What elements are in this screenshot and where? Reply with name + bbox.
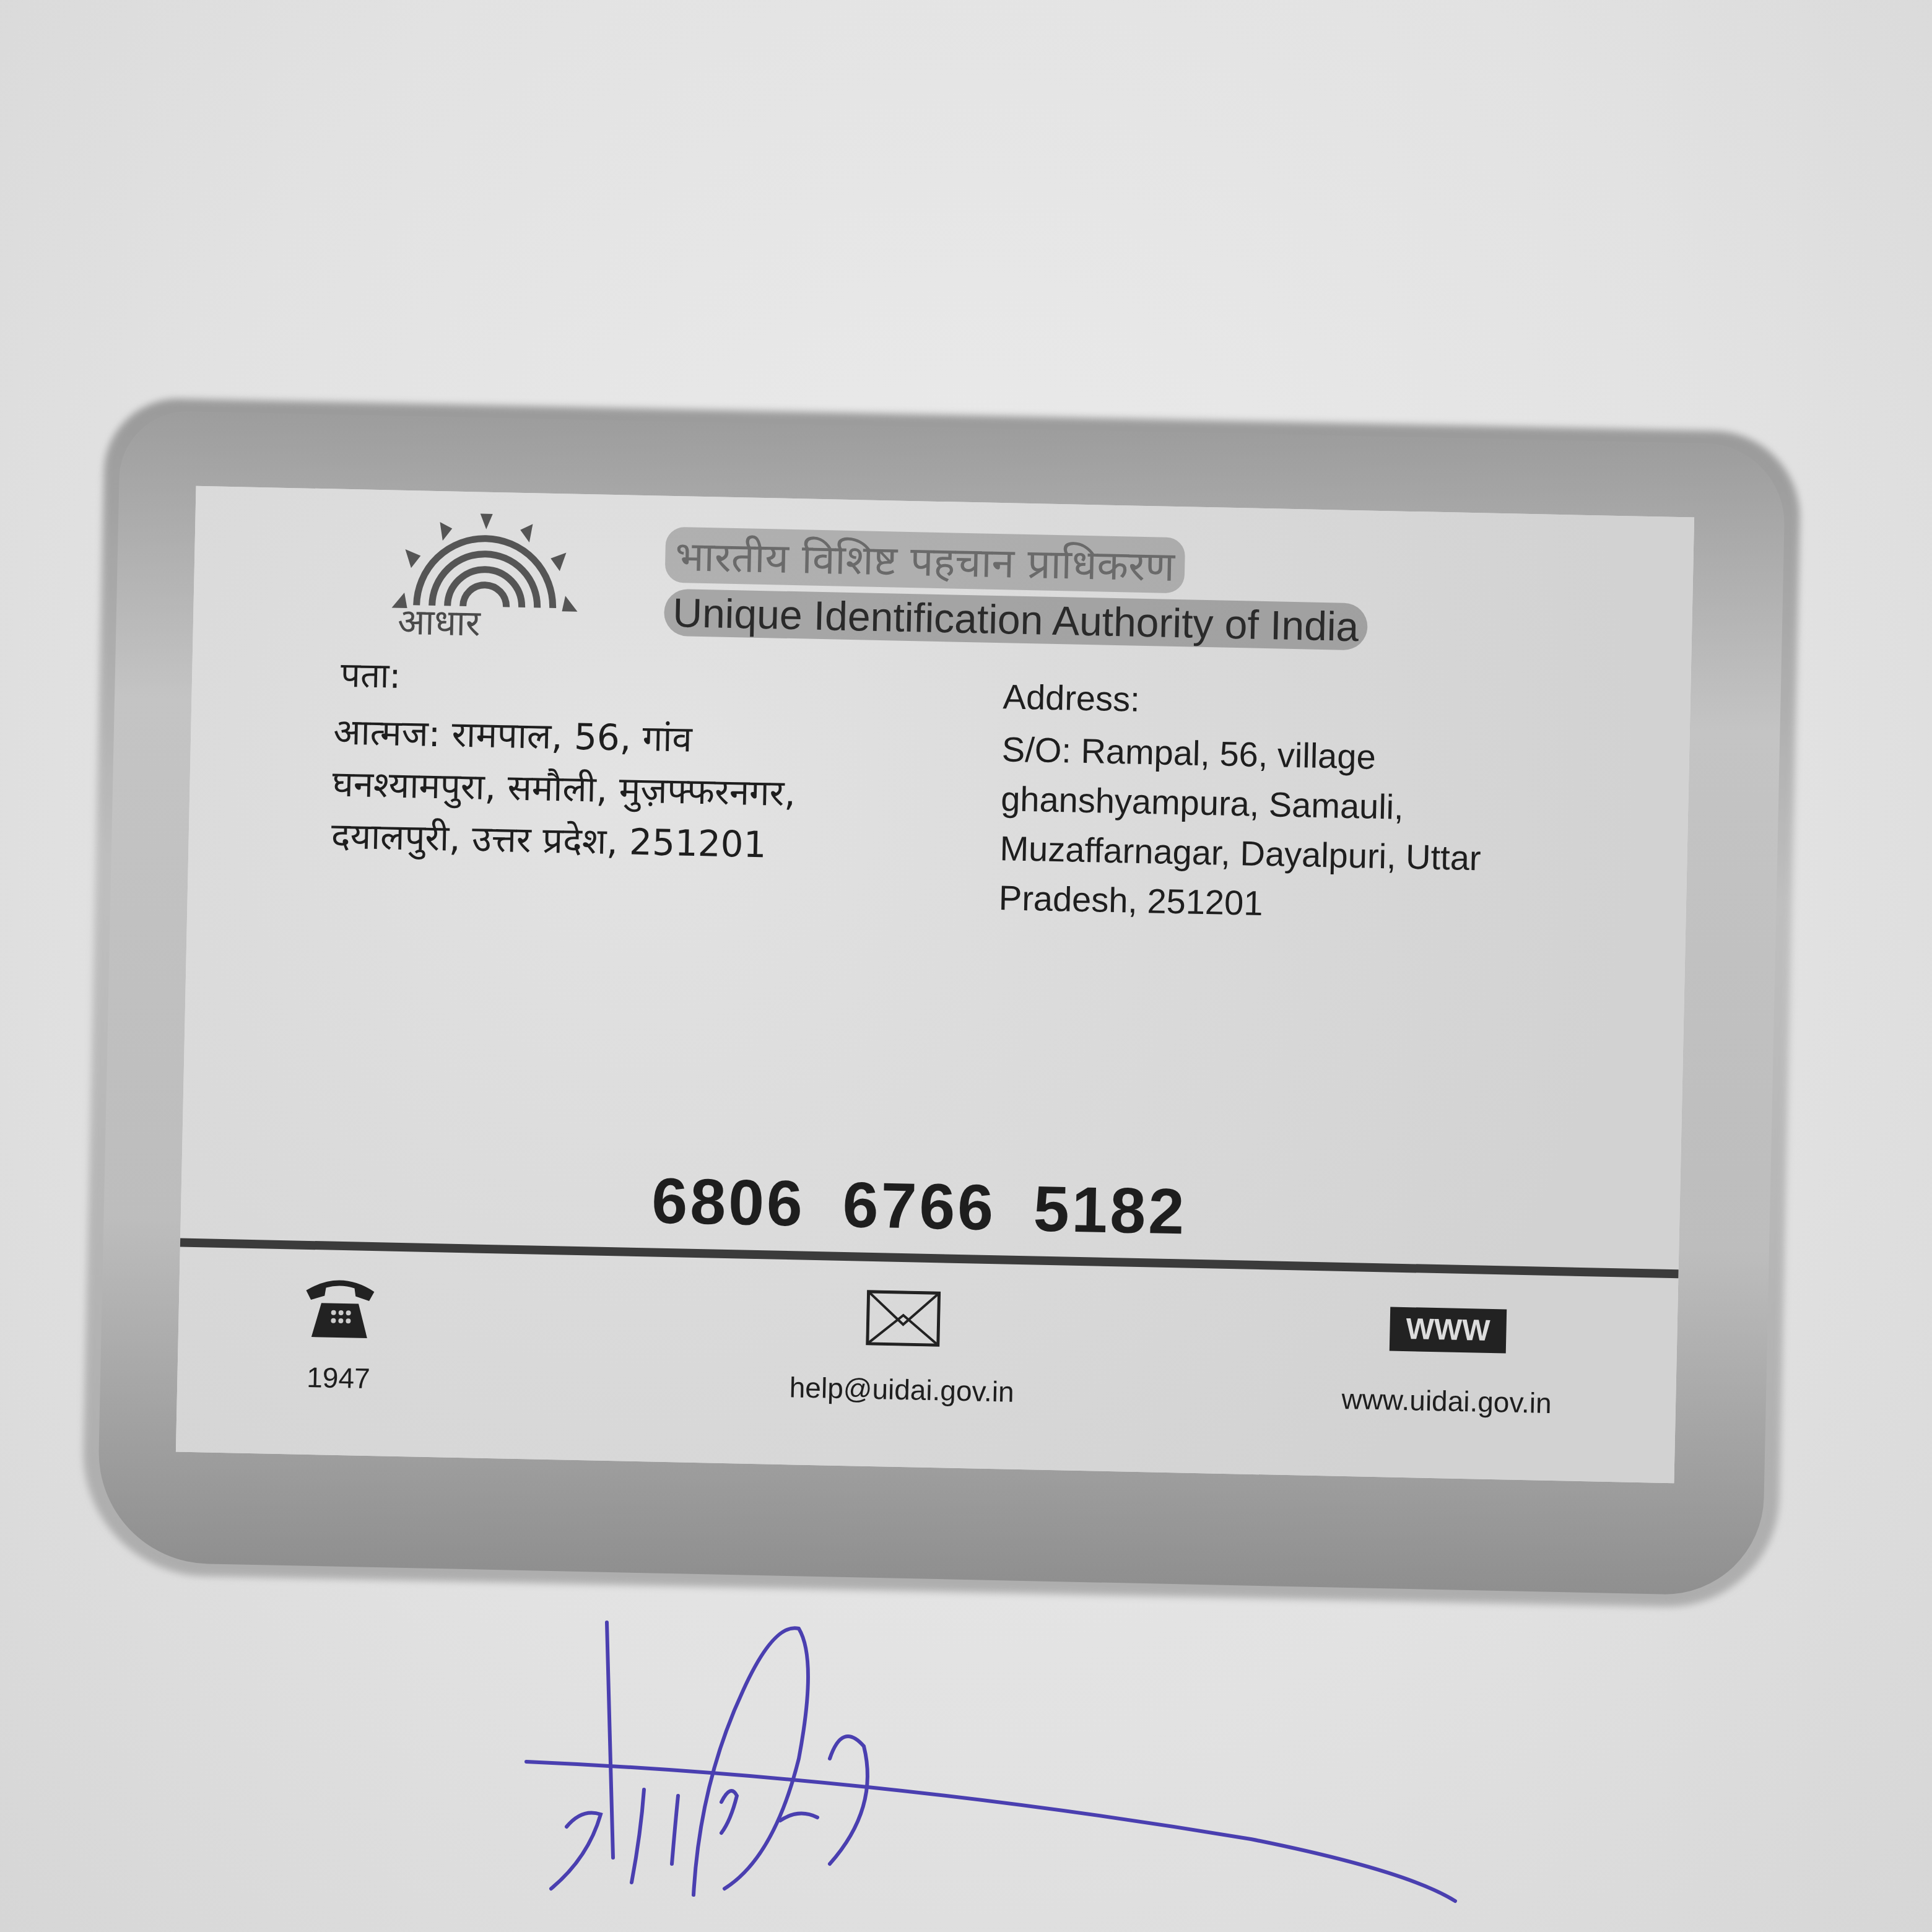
website-url: www.uidai.gov.in <box>1310 1382 1583 1421</box>
address-label-hindi: पता: <box>341 650 402 698</box>
english-authority-title: Unique Identification Authority of India <box>664 589 1368 651</box>
www-icon: WWW <box>1390 1307 1507 1353</box>
email-address: help@uidai.gov.in <box>747 1370 1057 1409</box>
phone-number: 1947 <box>276 1360 401 1396</box>
aadhaar-card: आधार भारतीय विशिष्ट पहचान प्राधिकरण Uniq… <box>176 486 1694 1483</box>
address-english: S/O: Rampal, 56, village ghanshyampura, … <box>998 724 1621 936</box>
divider <box>180 1238 1679 1279</box>
footer-email: help@uidai.gov.in <box>747 1278 1059 1409</box>
footer-website: WWW www.uidai.gov.in <box>1310 1290 1585 1421</box>
footer-phone: 1947 <box>276 1268 402 1396</box>
handwritten-signature <box>508 1598 1573 1920</box>
telephone-icon <box>299 1272 381 1342</box>
address-hindi: आत्मज: रामपाल, 56, गांव घनश्यामपुरा, समौ… <box>331 706 1015 876</box>
hindi-authority-title: भारतीय विशिष्ट पहचान प्राधिकरण <box>665 527 1185 594</box>
aadhaar-number: 6806 6766 5182 <box>651 1165 1187 1250</box>
address-label-english: Address: <box>1003 676 1140 720</box>
aadhaar-logo-text: आधार <box>397 596 481 646</box>
envelope-icon <box>866 1290 941 1347</box>
